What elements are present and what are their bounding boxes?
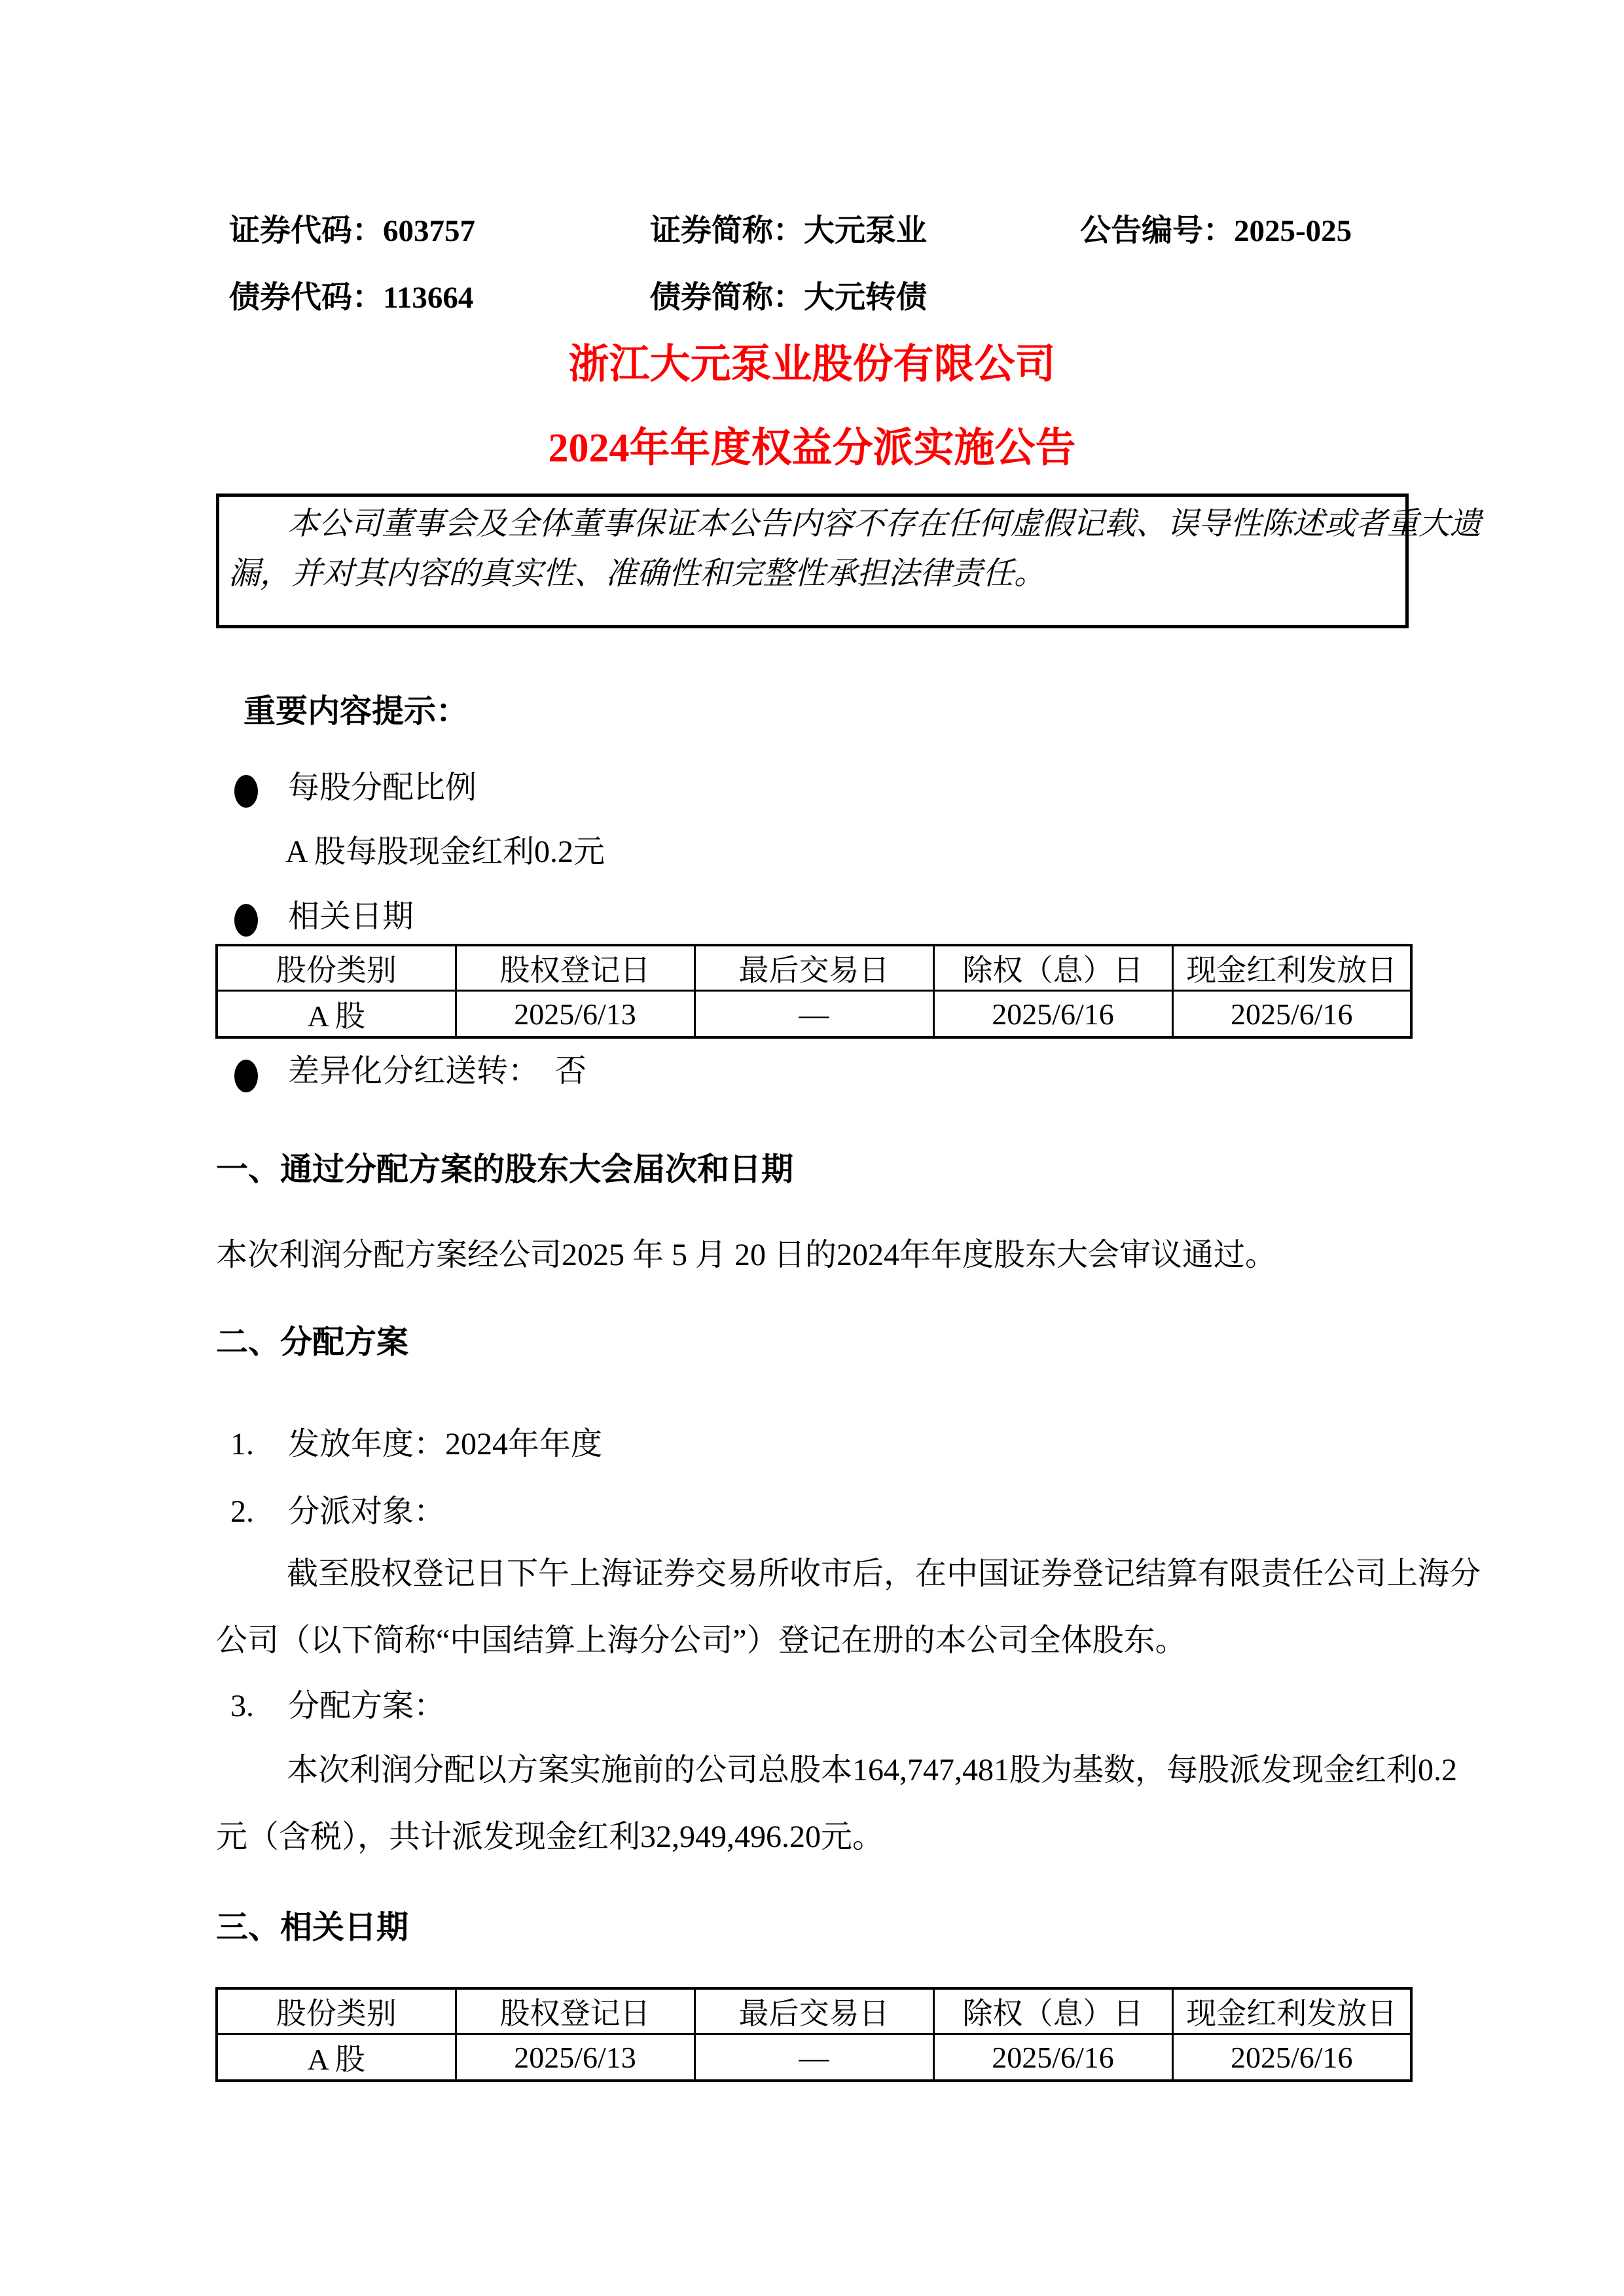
notice-per-share-detail: A 股每股现金红利0.2元 [285,836,605,868]
announcement-page: 证券代码：603757 证券简称：大元泵业 公告编号：2025-025 债券代码… [0,0,1624,2296]
announcement-title: 2024年年度权益分派实施公告 [0,428,1624,469]
cell-payment-date: 2025/6/16 [1172,991,1411,1038]
col-share-class: 股份类别 [217,945,456,991]
section3-heading: 三、相关日期 [216,1911,408,1943]
col-share-class: 股份类别 [217,1988,456,2034]
bullet-icon [234,904,258,937]
section2-heading: 二、分配方案 [216,1326,408,1358]
cell-ex-dividend-date: 2025/6/16 [933,991,1172,1038]
item2-paragraph-line1: 截至股权登记日下午上海证券交易所收市后，在中国证券登记结算有限责任公司上海分 [287,1558,1481,1590]
stock-code: 证券代码：603757 [229,216,475,247]
section1-heading: 一、通过分配方案的股东大会届次和日期 [216,1153,793,1185]
item1-number: 1. [230,1429,254,1460]
item3-text: 分配方案： [288,1691,445,1722]
table-header-row: 股份类别 股权登记日 最后交易日 除权（息）日 现金红利发放日 [217,1988,1411,2034]
bullet-icon [234,775,258,808]
company-title: 浙江大元泵业股份有限公司 [0,344,1624,385]
bond-short-name: 债券简称：大元转债 [650,283,927,314]
col-payment-date: 现金红利发放日 [1172,945,1411,991]
cell-record-date: 2025/6/13 [456,2034,695,2081]
cell-last-trading-date: — [695,991,933,1038]
cell-share-class: A 股 [217,991,456,1038]
dates-table-notice: 股份类别 股权登记日 最后交易日 除权（息）日 现金红利发放日 A 股 2025… [215,944,1413,1039]
disclaimer-line-2: 漏，并对其内容的真实性、准确性和完整性承担法律责任。 [228,558,1045,590]
cell-last-trading-date: — [695,2034,933,2081]
cell-ex-dividend-date: 2025/6/16 [933,2034,1172,2081]
cell-record-date: 2025/6/13 [456,991,695,1038]
notice-dates-label: 相关日期 [288,901,414,933]
notice-per-share-label: 每股分配比例 [288,772,477,804]
col-last-trading-date: 最后交易日 [695,945,933,991]
stock-short-name: 证券简称：大元泵业 [650,216,927,247]
item3-number: 3. [230,1691,254,1722]
item2-number: 2. [230,1496,254,1528]
col-record-date: 股权登记日 [456,945,695,991]
bond-code: 债券代码：113664 [229,283,473,314]
dates-table-section3: 股份类别 股权登记日 最后交易日 除权（息）日 现金红利发放日 A 股 2025… [215,1987,1413,2082]
announcement-number: 公告编号：2025-025 [1080,216,1352,247]
item3-paragraph-line1: 本次利润分配以方案实施前的公司总股本164,747,481股为基数，每股派发现金… [287,1755,1457,1786]
cell-share-class: A 股 [217,2034,456,2081]
bullet-icon [234,1060,258,1092]
item2-text: 分派对象： [288,1496,445,1528]
item1-text: 发放年度：2024年年度 [288,1429,602,1460]
table-header-row: 股份类别 股权登记日 最后交易日 除权（息）日 现金红利发放日 [217,945,1411,991]
col-ex-dividend-date: 除权（息）日 [933,1988,1172,2034]
disclaimer-box: 本公司董事会及全体董事保证本公告内容不存在任何虚假记载、误导性陈述或者重大遗 漏… [216,493,1409,628]
notice-diff-label: 差异化分红送转： 否 [288,1056,586,1087]
notice-heading: 重要内容提示： [244,695,468,727]
col-ex-dividend-date: 除权（息）日 [933,945,1172,991]
col-record-date: 股权登记日 [456,1988,695,2034]
table-row: A 股 2025/6/13 — 2025/6/16 2025/6/16 [217,2034,1411,2081]
cell-payment-date: 2025/6/16 [1172,2034,1411,2081]
section1-body: 本次利润分配方案经公司2025 年 5 月 20 日的2024年年度股东大会审议… [216,1240,1276,1271]
col-last-trading-date: 最后交易日 [695,1988,933,2034]
item2-paragraph-line2: 公司（以下简称“中国结算上海分公司”）登记在册的本公司全体股东。 [216,1625,1187,1657]
disclaimer-line-1: 本公司董事会及全体董事保证本公告内容不存在任何虚假记载、误导性陈述或者重大遗 [287,509,1481,540]
item3-paragraph-line2: 元（含税），共计派发现金红利32,949,496.20元。 [216,1821,884,1853]
col-payment-date: 现金红利发放日 [1172,1988,1411,2034]
table-row: A 股 2025/6/13 — 2025/6/16 2025/6/16 [217,991,1411,1038]
